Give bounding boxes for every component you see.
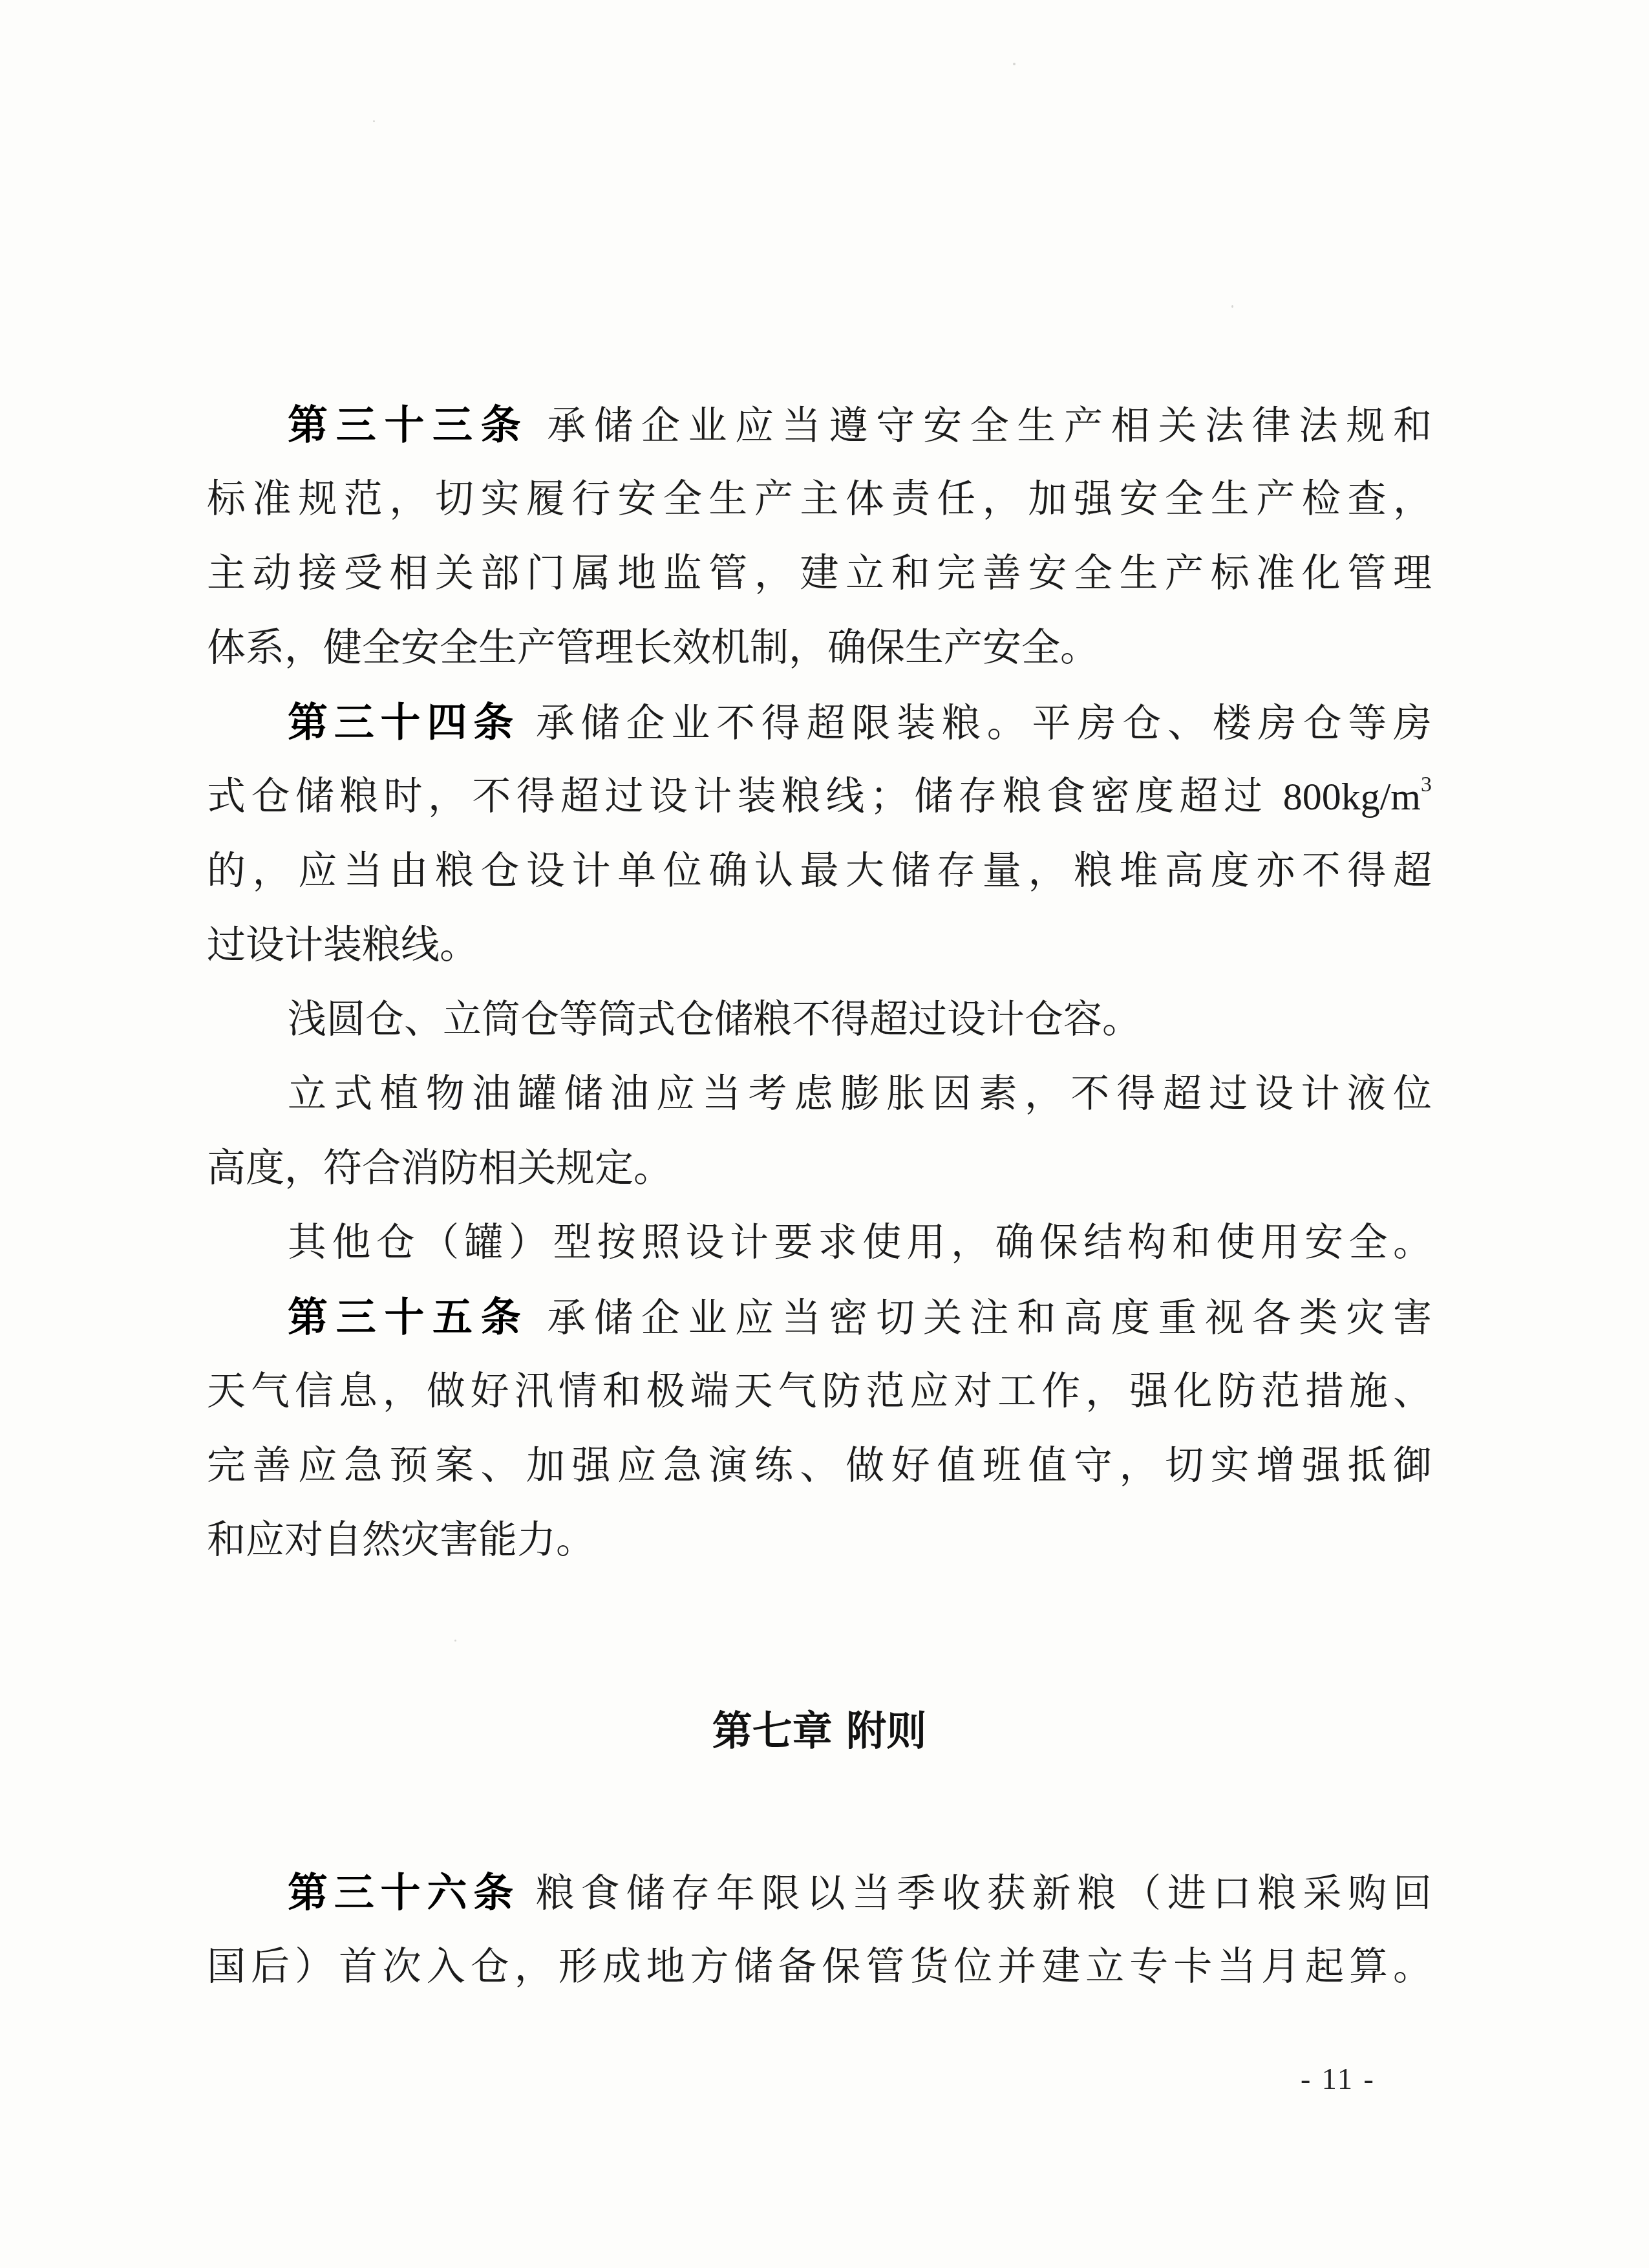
article-34-line-4: 过设计装粮线。 — [207, 908, 1432, 983]
article-33-line-1: 第三十三条 承储企业应当遵守安全生产相关法律法规和 — [207, 388, 1432, 462]
scan-speck — [1231, 305, 1233, 308]
article-33-line-2: 标准规范，切实履行安全生产主体责任，加强安全生产检查， — [207, 462, 1432, 537]
article-33-line-4: 体系，健全安全生产管理长效机制，确保生产安全。 — [207, 611, 1432, 685]
article-35-number: 第三十五条 — [288, 1294, 529, 1341]
article-35-text: 和应对自然灾害能力。 — [207, 1519, 595, 1561]
article-34-text: 过设计装粮线。 — [207, 924, 478, 967]
article-33-text: 主动接受相关部门属地监管，建立和完善安全生产标准化管理 — [207, 552, 1432, 595]
oil-tank-text: 高度，符合消防相关规定。 — [207, 1147, 672, 1190]
article-35-line-3: 完善应急预案、加强应急演练、做好值班值守，切实增强抵御 — [207, 1429, 1432, 1503]
article-36-text: 粮食储存年限以当季收获新粮（进口粮采购回 — [520, 1872, 1432, 1915]
article-35-line-2: 天气信息，做好汛情和极端天气防范应对工作，强化防范措施、 — [207, 1354, 1432, 1429]
superscript-cubed: 3 — [1421, 773, 1432, 797]
article-33-line-3: 主动接受相关部门属地监管，建立和完善安全生产标准化管理 — [207, 537, 1432, 611]
article-34-line-1: 第三十四条 承储企业不得超限装粮。平房仓、楼房仓等房 — [207, 685, 1432, 760]
other-bins-text: 其他仓（罐）型按照设计要求使用，确保结构和使用安全。 — [288, 1221, 1432, 1264]
article-33-text: 承储企业应当遵守安全生产相关法律法规和 — [529, 405, 1432, 447]
scan-speck — [454, 1640, 456, 1642]
article-35-line-1: 第三十五条 承储企业应当密切关注和高度重视各类灾害 — [207, 1280, 1432, 1354]
article-33-text: 标准规范，切实履行安全生产主体责任，加强安全生产检查， — [207, 478, 1432, 520]
article-35-text: 承储企业应当密切关注和高度重视各类灾害 — [529, 1297, 1432, 1340]
oil-tank-line-2: 高度，符合消防相关规定。 — [207, 1131, 1432, 1206]
article-33-number: 第三十三条 — [288, 401, 529, 449]
article-36-text: 国后）首次入仓，形成地方储备保管货位并建立专卡当月起算。 — [207, 1945, 1432, 1988]
other-bins-line: 其他仓（罐）型按照设计要求使用，确保结构和使用安全。 — [207, 1206, 1432, 1280]
document-page: 第三十三条 承储企业应当遵守安全生产相关法律法规和 标准规范，切实履行安全生产主… — [0, 0, 1649, 2268]
article-34-line-3: 的，应当由粮仓设计单位确认最大储存量，粮堆高度亦不得超 — [207, 834, 1432, 908]
oil-tank-line-1: 立式植物油罐储油应当考虑膨胀因素，不得超过设计液位 — [207, 1057, 1432, 1131]
article-36-line-1: 第三十六条 粮食储存年限以当季收获新粮（进口粮采购回 — [207, 1856, 1432, 1930]
silo-paragraph-line: 浅圆仓、立筒仓等筒式仓储粮不得超过设计仓容。 — [207, 983, 1432, 1057]
article-36-number: 第三十六条 — [288, 1869, 520, 1916]
article-35-line-4: 和应对自然灾害能力。 — [207, 1503, 1432, 1578]
chapter-heading: 第七章 附则 — [207, 1694, 1432, 1768]
article-34-number: 第三十四条 — [288, 699, 520, 746]
page-number: - 11 - — [1301, 2060, 1376, 2099]
silo-paragraph-text: 浅圆仓、立筒仓等筒式仓储粮不得超过设计仓容。 — [288, 998, 1141, 1041]
oil-tank-text: 立式植物油罐储油应当考虑膨胀因素，不得超过设计液位 — [288, 1073, 1432, 1115]
article-34-text: 承储企业不得超限装粮。平房仓、楼房仓等房 — [520, 702, 1432, 745]
article-35-text: 完善应急预案、加强应急演练、做好值班值守，切实增强抵御 — [207, 1444, 1432, 1487]
article-36-line-2: 国后）首次入仓，形成地方储备保管货位并建立专卡当月起算。 — [207, 1930, 1432, 2004]
article-34-line-2: 式仓储粮时，不得超过设计装粮线；储存粮食密度超过 800kg/m3 — [207, 760, 1432, 834]
article-33-text: 体系，健全安全生产管理长效机制，确保生产安全。 — [207, 626, 1099, 669]
article-36: 第三十六条 粮食储存年限以当季收获新粮（进口粮采购回 国后）首次入仓，形成地方储… — [207, 1856, 1432, 2004]
article-34-text: 的，应当由粮仓设计单位确认最大储存量，粮堆高度亦不得超 — [207, 850, 1432, 892]
scan-speck — [373, 120, 375, 122]
article-35-text: 天气信息，做好汛情和极端天气防范应对工作，强化防范措施、 — [207, 1370, 1432, 1413]
document-body: 第三十三条 承储企业应当遵守安全生产相关法律法规和 标准规范，切实履行安全生产主… — [207, 388, 1432, 1578]
scan-speck — [1013, 63, 1016, 65]
article-34-text: 式仓储粮时，不得超过设计装粮线；储存粮食密度超过 800kg/m — [207, 775, 1421, 818]
